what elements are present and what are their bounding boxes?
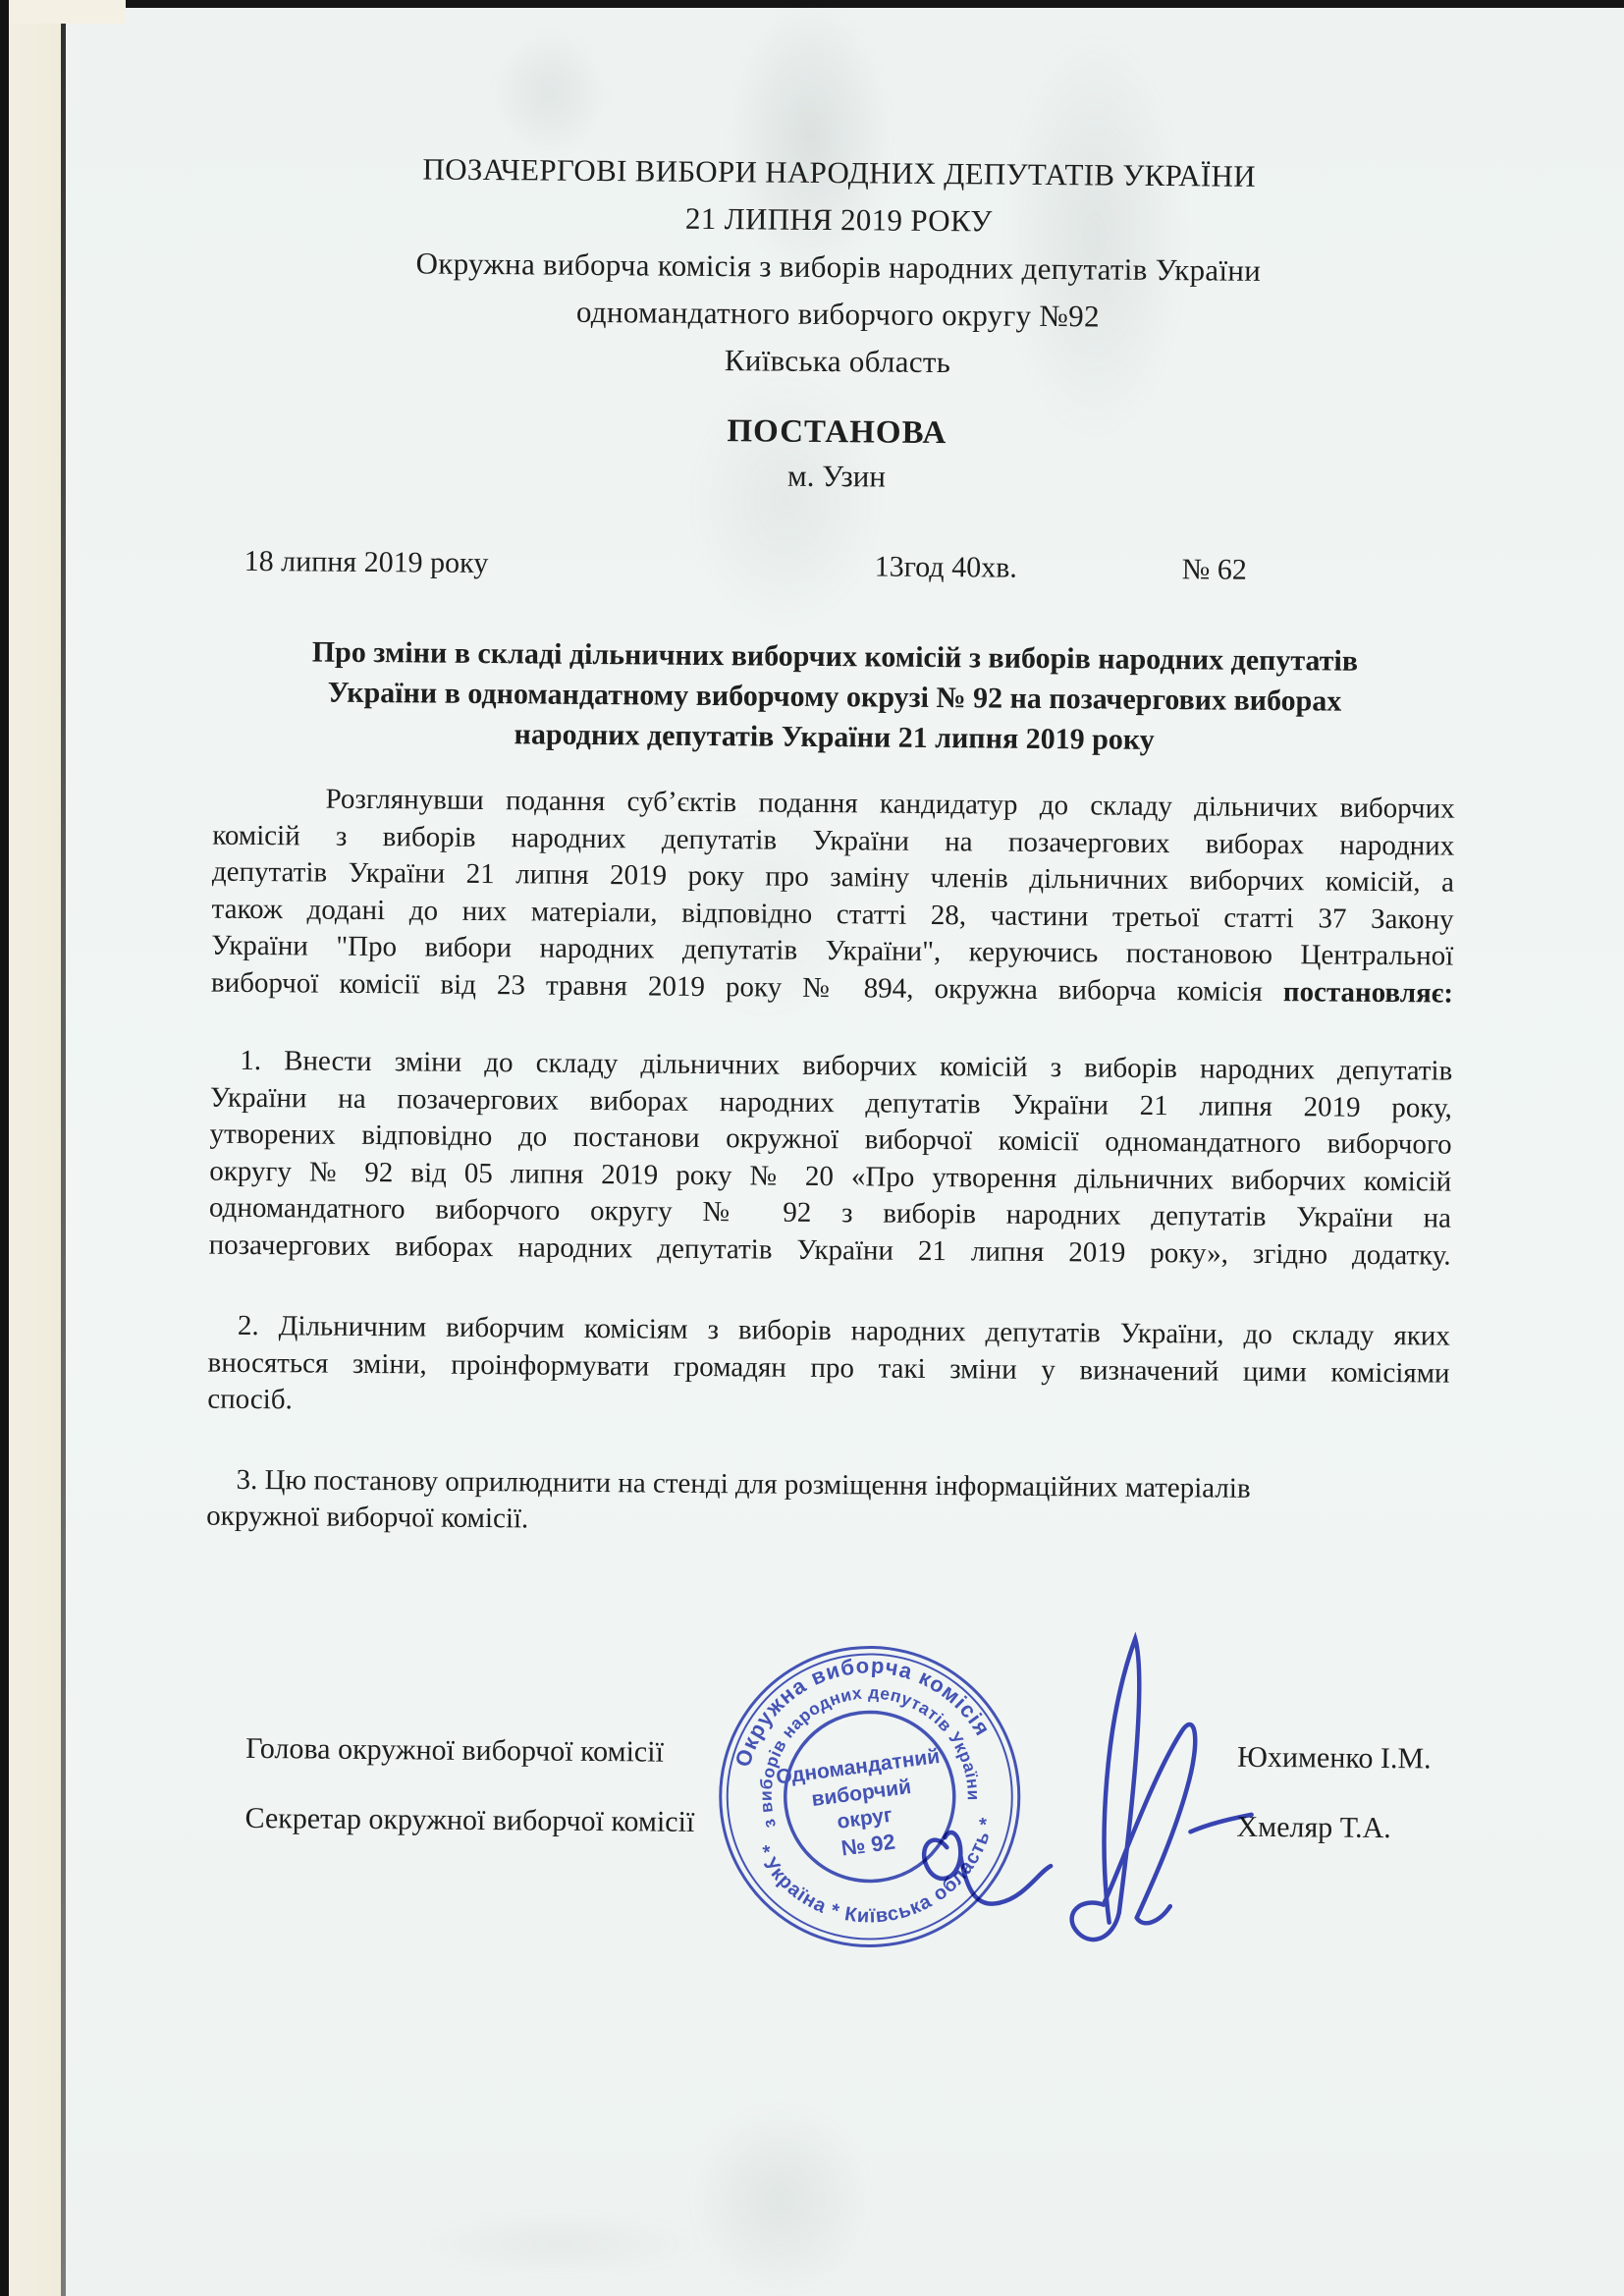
doc-time: 13год 40хв.	[875, 550, 1017, 584]
signature-stroke-spike-2	[1104, 1723, 1196, 1918]
chair-role: Голова окружної виборчої комісії	[245, 1731, 664, 1768]
scan-edge-left-black	[0, 0, 9, 2296]
doc-place: м. Узин	[215, 449, 1457, 505]
signature-stroke-cursive	[924, 1832, 961, 1879]
document-header: ПОЗАЧЕРГОВІ ВИБОРИ НАРОДНИХ ДЕПУТАТІВ УК…	[216, 144, 1460, 391]
signature-stroke-dash	[1190, 1814, 1251, 1832]
signature-stroke-spike	[1104, 1639, 1140, 1923]
doc-number: № 62	[1182, 553, 1247, 587]
item-2: 2. Дільничним виборчим комісіям з виборі…	[207, 1308, 1450, 1430]
item-1: 1. Внести зміни до складу дільничних виб…	[208, 1043, 1452, 1275]
signature-stroke-cursive-2	[960, 1855, 1051, 1904]
scan-corner-strip	[9, 0, 126, 24]
header-line-region: Київська область	[216, 333, 1458, 391]
resolves-word: постановляє:	[1283, 976, 1453, 1010]
preamble-text: Розглянувши подання суб’єктів подання ка…	[211, 784, 1455, 1008]
document-content: ПОЗАЧЕРГОВІ ВИБОРИ НАРОДНИХ ДЕПУТАТІВ УК…	[199, 0, 1461, 2296]
handwritten-signature	[855, 1601, 1290, 1978]
scan-underpage-strip	[9, 0, 61, 2296]
resolution-title: Про зміни в складі дільничних виборчих к…	[213, 631, 1456, 763]
date-row: 18 липня 2019 року 13год 40хв. № 62	[215, 545, 1457, 593]
scanned-page: ПОЗАЧЕРГОВІ ВИБОРИ НАРОДНИХ ДЕПУТАТІВ УК…	[0, 0, 1624, 2296]
item-3: 3. Цю постанову оприлюднити на стенді дл…	[206, 1461, 1449, 1546]
signature-stroke-loop	[1071, 1902, 1118, 1940]
preamble-paragraph: Розглянувши подання суб’єктів подання ка…	[211, 781, 1455, 1012]
scan-edge-shadow-line	[61, 0, 66, 2296]
doc-date: 18 липня 2019 року	[244, 545, 489, 580]
secretary-role: Секретар окружної виборчої комісії	[244, 1801, 694, 1837]
